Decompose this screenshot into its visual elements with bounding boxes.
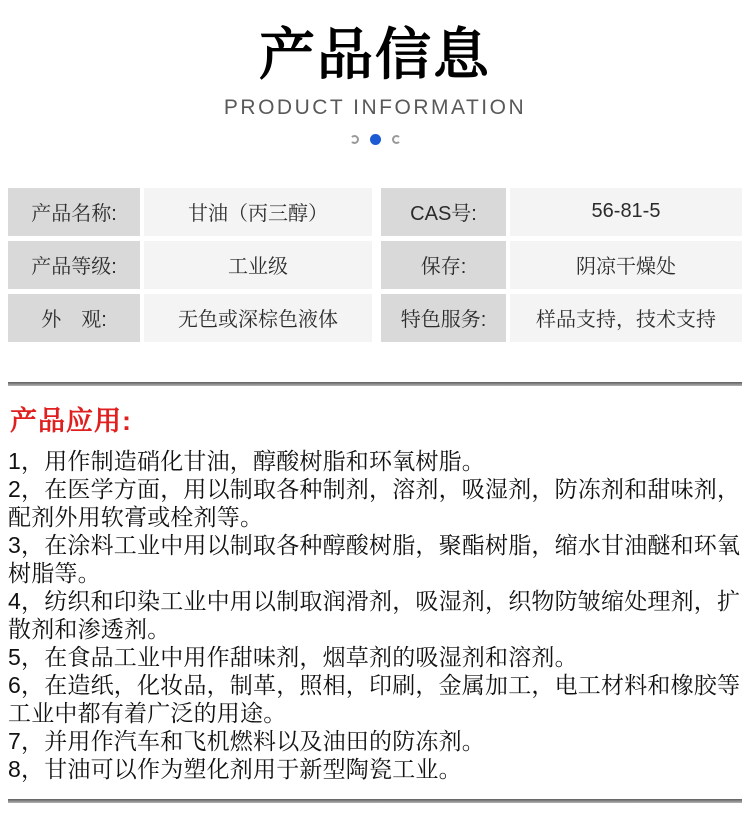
applications-list: 1，用作制造硝化甘油，醇酸树脂和环氧树脂。 2，在医学方面，用以制取各种制剂，溶… [8, 447, 742, 783]
spec-label-product-grade: 产品等级: [8, 241, 140, 289]
list-item: 7，并用作汽车和飞机燃料以及油田的防冻剂。 [8, 727, 742, 755]
spec-value-appearance: 无色或深棕色液体 [144, 294, 372, 342]
blue-dot-icon [370, 134, 381, 145]
decorative-dots [0, 134, 750, 146]
page-subtitle: PRODUCT INFORMATION [0, 96, 750, 120]
applications-heading: 产品应用: [10, 399, 742, 438]
spec-label-special-service: 特色服务: [381, 294, 506, 342]
spec-table: 产品名称: 甘油（丙三醇） CAS号: 56-81-5 产品等级: 工业级 保存… [8, 188, 742, 342]
list-item: 1，用作制造硝化甘油，醇酸树脂和环氧树脂。 [8, 447, 742, 475]
list-item: 6，在造纸，化妆品，制革，照相，印刷，金属加工，电工材料和橡胶等工业中都有着广泛… [8, 671, 742, 727]
arc-open-right-icon [392, 135, 401, 144]
table-row: 产品等级: 工业级 保存: 阴凉干燥处 [8, 241, 742, 289]
spec-value-product-name: 甘油（丙三醇） [144, 188, 372, 236]
spec-label-storage: 保存: [381, 241, 506, 289]
table-row: 产品名称: 甘油（丙三醇） CAS号: 56-81-5 [8, 188, 742, 236]
list-item: 8，甘油可以作为塑化剂用于新型陶瓷工业。 [8, 755, 742, 783]
bottom-divider [8, 799, 742, 803]
spec-value-cas-number: 56-81-5 [510, 188, 742, 236]
spec-value-product-grade: 工业级 [144, 241, 372, 289]
page-title: 产品信息 [0, 0, 750, 87]
spec-value-storage: 阴凉干燥处 [510, 241, 742, 289]
list-item: 3，在涂料工业中用以制取各种醇酸树脂，聚酯树脂，缩水甘油醚和环氧树脂等。 [8, 531, 742, 587]
list-item: 5，在食品工业中用作甜味剂，烟草剂的吸湿剂和溶剂。 [8, 643, 742, 671]
arc-open-left-icon [350, 135, 359, 144]
list-item: 4，纺织和印染工业中用以制取润滑剂，吸湿剂，织物防皱缩处理剂，扩散剂和渗透剂。 [8, 587, 742, 643]
table-row: 外 观: 无色或深棕色液体 特色服务: 样品支持，技术支持 [8, 294, 742, 342]
spec-label-product-name: 产品名称: [8, 188, 140, 236]
product-information-page: 产品信息 PRODUCT INFORMATION 产品名称: 甘油（丙三醇） C… [0, 0, 750, 835]
list-item: 2，在医学方面，用以制取各种制剂，溶剂，吸湿剂，防冻剂和甜味剂，配剂外用软膏或栓… [8, 475, 742, 531]
spec-label-appearance: 外 观: [8, 294, 140, 342]
spec-label-cas-number: CAS号: [381, 188, 506, 236]
spec-value-special-service: 样品支持，技术支持 [510, 294, 742, 342]
top-divider [8, 382, 742, 386]
